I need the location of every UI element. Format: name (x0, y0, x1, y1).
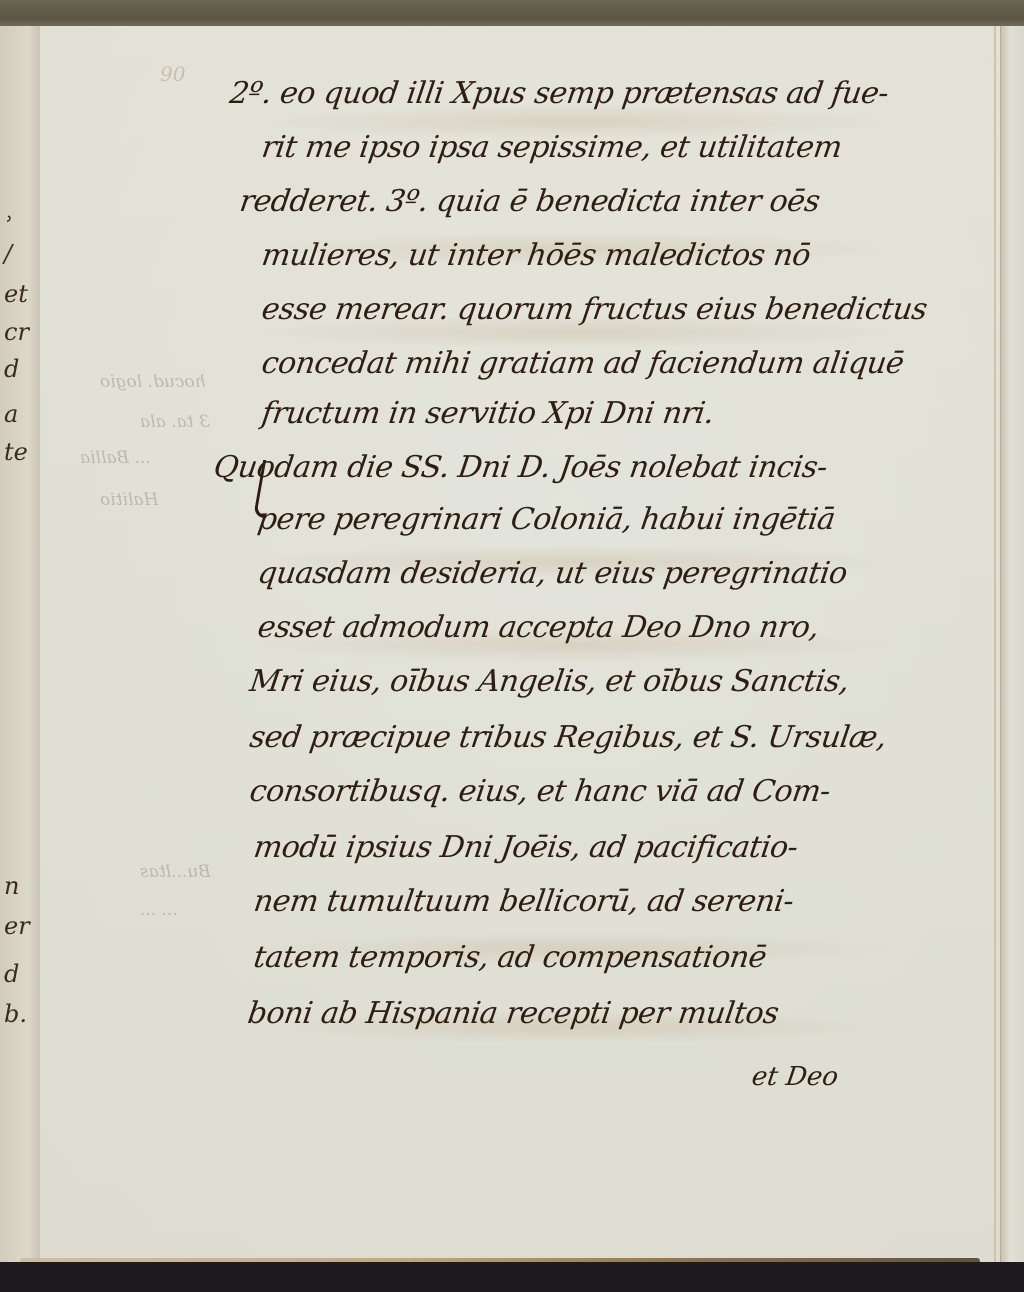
text-line: tatem temporis, ad compensationē (252, 940, 769, 975)
catchword: et Deo (750, 1062, 840, 1092)
margin-fragment: et (4, 280, 28, 308)
margin-fragment: / (4, 240, 12, 268)
right-page-edge (1000, 26, 1024, 1262)
margin-fragment: te (4, 438, 28, 466)
text-line: esset admodum accepta Deo Dno nro, (256, 610, 821, 645)
text-line: consortibusq. eius, et hanc viā ad Com- (248, 774, 833, 809)
text-line: concedat mihi gratiam ad faciendum aliqu… (260, 346, 906, 381)
margin-fragment: b. (4, 1000, 27, 1028)
margin-fragment: d (4, 960, 19, 988)
text-line: mulieres, ut inter hōēs maledictos nō (260, 238, 813, 273)
text-line: rit me ipso ipsa sepissime, et utilitate… (260, 130, 844, 165)
book-bottom-edge (0, 1262, 1024, 1292)
margin-fragment: ʾ (4, 212, 11, 240)
text-line: boni ab Hispania recepti per multos (246, 996, 781, 1031)
bleed-through-text: ... Ballia (80, 448, 151, 468)
folio-number: 90 (160, 62, 185, 86)
text-line: 2º. eo quod illi Xpus semp prætensas ad … (228, 76, 891, 111)
bleed-through-text: Bu...ltas (140, 862, 211, 882)
margin-fragment: a (4, 400, 18, 428)
margin-fragment: cr (4, 318, 29, 346)
page-fold-line (994, 26, 996, 1262)
text-line: quasdam desideria, ut eius peregrinatio (256, 556, 850, 591)
bleed-through-text: ... ... (140, 900, 178, 920)
margin-fragment: d (4, 355, 19, 383)
text-line: nem tumultuum bellicorū, ad sereni- (252, 884, 796, 919)
text-line: modū ipsius Dni Joēis, ad pacificatio- (252, 830, 800, 865)
margin-fragment: er (4, 912, 30, 940)
text-line: esse merear. quorum fructus eius benedic… (260, 292, 930, 327)
text-line: Mri eius, oībus Angelis, et oībus Sancti… (248, 664, 852, 699)
bleed-through-text: hocud. logio (100, 372, 206, 392)
text-line: fructum in servitio Xpi Dni nri. (260, 396, 717, 431)
text-line: redderet. 3º. quia ē benedicta inter oēs (238, 184, 822, 219)
text-line: sed præcipue tribus Regibus, et S. Ursul… (248, 720, 889, 755)
bleed-through-text: Halitio (100, 490, 158, 510)
text-line: Quodam die SS. Dni D. Joēs nolebat incis… (212, 450, 830, 485)
margin-fragment: n (4, 872, 19, 900)
text-line: pere peregrinari Coloniā, habui ingētiā (256, 502, 838, 537)
bleed-through-text: 3 ta. ala (140, 412, 210, 432)
